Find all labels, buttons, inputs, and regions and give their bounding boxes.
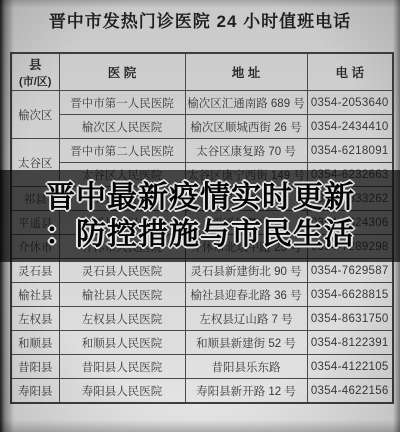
phone-cell: 0354-2434410: [307, 115, 393, 139]
table-row: 灵石县 灵石县人民医院 灵石县新建街北 90 号 0354-7629587: [11, 259, 393, 283]
hospital-cell: 左权县人民医院: [59, 307, 185, 331]
table-row: 昔阳县 昔阳县人民医院 昔阳县乐东路 0354-4122105: [11, 355, 393, 379]
hospital-cell: 和顺县人民医院: [59, 331, 185, 355]
county-cell: 榆次区: [11, 91, 59, 139]
address-cell: 太谷区康复路 70 号: [185, 139, 307, 163]
address-cell: 寿阳县新开路 12 号: [185, 379, 307, 404]
caption-line-2: ：防控措施与市民生活: [0, 216, 400, 253]
county-cell: 寿阳县: [11, 379, 59, 404]
hospital-cell: 晋中市第二人民医院: [59, 139, 185, 163]
address-cell: 昔阳县乐东路: [185, 355, 307, 379]
address-cell: 榆次区顺城西街 26 号: [185, 115, 307, 139]
table-row: 和顺县 和顺县人民医院 和顺县新建街 52 号 0354-8122391: [11, 331, 393, 355]
hospital-cell: 晋中市第一人民医院: [59, 91, 185, 115]
news-image-page: 晋中市发热门诊医院 24 小时值班电话 县 (市/区) 医 院 地 址 电 话 …: [0, 0, 400, 432]
header-county-line1: 县: [12, 55, 59, 73]
address-cell: 榆社县迎春北路 36 号: [185, 283, 307, 307]
header-county: 县 (市/区): [11, 53, 59, 91]
county-cell: 灵石县: [11, 259, 59, 283]
phone-cell: 0354-6628815: [307, 283, 393, 307]
hospital-cell: 寿阳县人民医院: [59, 379, 185, 404]
news-caption-overlay: 晋中最新疫情实时更新 ：防控措施与市民生活: [0, 170, 400, 262]
phone-cell: 0354-4622156: [307, 379, 393, 404]
table-row: 左权县 左权县人民医院 左权县辽山路 7 号 0354-8631750: [11, 307, 393, 331]
hospital-cell: 榆次区人民医院: [59, 115, 185, 139]
address-cell: 左权县辽山路 7 号: [185, 307, 307, 331]
address-cell: 榆次区汇通南路 689 号: [185, 91, 307, 115]
caption-line-1: 晋中最新疫情实时更新: [0, 179, 400, 216]
header-phone: 电 话: [307, 53, 393, 91]
county-cell: 昔阳县: [11, 355, 59, 379]
county-cell: 榆社县: [11, 283, 59, 307]
table-header-row: 县 (市/区) 医 院 地 址 电 话: [11, 53, 393, 91]
hospital-cell: 灵石县人民医院: [59, 259, 185, 283]
phone-cell: 0354-8631750: [307, 307, 393, 331]
table-row: 寿阳县 寿阳县人民医院 寿阳县新开路 12 号 0354-4622156: [11, 379, 393, 404]
hospital-cell: 昔阳县人民医院: [59, 355, 185, 379]
phone-cell: 0354-2053640: [307, 91, 393, 115]
table-row: 太谷区 晋中市第二人民医院 太谷区康复路 70 号 0354-6218091: [11, 139, 393, 163]
phone-cell: 0354-6218091: [307, 139, 393, 163]
table-row: 榆次区人民医院 榆次区顺城西街 26 号 0354-2434410: [11, 115, 393, 139]
address-cell: 灵石县新建街北 90 号: [185, 259, 307, 283]
page-title: 晋中市发热门诊医院 24 小时值班电话: [0, 7, 400, 32]
table-row: 榆次区 晋中市第一人民医院 榆次区汇通南路 689 号 0354-2053640: [11, 91, 393, 115]
county-cell: 和顺县: [11, 331, 59, 355]
address-cell: 和顺县新建街 52 号: [185, 331, 307, 355]
table-row: 榆社县 榆社县人民医院 榆社县迎春北路 36 号 0354-6628815: [11, 283, 393, 307]
header-hospital: 医 院: [59, 53, 185, 91]
header-address: 地 址: [185, 53, 307, 91]
hospital-cell: 榆社县人民医院: [59, 283, 185, 307]
phone-cell: 0354-4122105: [307, 355, 393, 379]
header-county-line2: (市/区): [12, 73, 59, 89]
county-cell: 左权县: [11, 307, 59, 331]
phone-cell: 0354-7629587: [307, 259, 393, 283]
phone-cell: 0354-8122391: [307, 331, 393, 355]
